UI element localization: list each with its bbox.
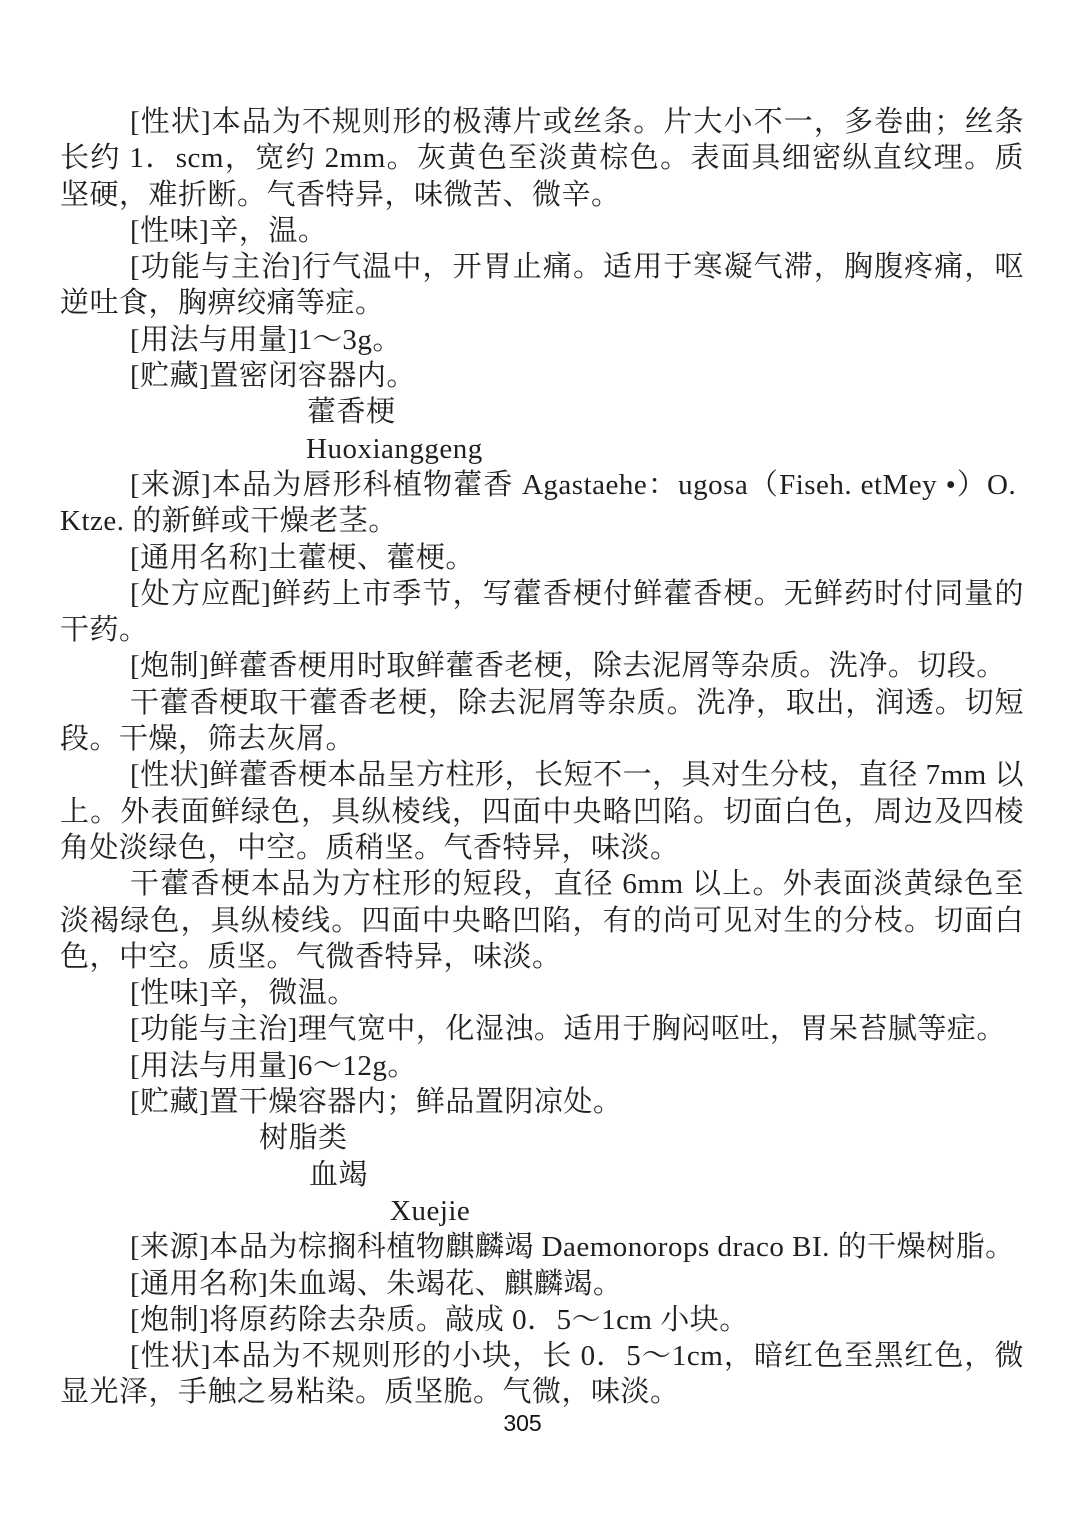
- page-number: 305: [0, 1410, 1066, 1437]
- category-title-shuzhilei: 树脂类: [60, 1120, 1024, 1156]
- page-body: [性状]本品为不规则形的极薄片或丝条。片大小不一，多卷曲；丝条长约 1．scm，…: [60, 104, 1024, 1411]
- field-laiyuan: [来源]本品为棕搁科植物麒麟竭 Daemonorops draco BI. 的干…: [60, 1229, 1024, 1265]
- field-gongneng-zhuzhi: [功能与主治]理气宽中，化湿浊。适用于胸闷呕吐，胃呆苔腻等症。: [60, 1011, 1024, 1047]
- field-laiyuan: [来源]本品为唇形科植物藿香 Agastaehe：ugosa（Fiseh. et…: [60, 467, 1024, 540]
- field-paozhi-continued: 干藿香梗取干藿香老梗，除去泥屑等杂质。洗净，取出，润透。切短段。干燥，筛去灰屑。: [60, 685, 1024, 758]
- field-xingzhuang: [性状]本品为不规则形的小块，长 0．5～1cm，暗红色至黑红色，微显光泽，手触…: [60, 1338, 1024, 1411]
- field-xingwei: [性味]辛，温。: [60, 213, 1024, 249]
- field-zhucang: [贮藏]置干燥容器内；鲜品置阴凉处。: [60, 1084, 1024, 1120]
- field-yongfa-yongliang: [用法与用量]1～3g。: [60, 322, 1024, 358]
- herb-title-huoxianggeng: 藿香梗: [60, 394, 1024, 430]
- field-xingzhuang: [性状]本品为不规则形的极薄片或丝条。片大小不一，多卷曲；丝条长约 1．scm，…: [60, 104, 1024, 213]
- field-yongfa-yongliang: [用法与用量]6～12g。: [60, 1048, 1024, 1084]
- field-zhucang: [贮藏]置密闭容器内。: [60, 358, 1024, 394]
- field-xingwei: [性味]辛，微温。: [60, 975, 1024, 1011]
- field-tongyong-mingcheng: [通用名称]朱血竭、朱竭花、麒麟竭。: [60, 1266, 1024, 1302]
- field-tongyong-mingcheng: [通用名称]土藿梗、藿梗。: [60, 540, 1024, 576]
- herb-pinyin-huoxianggeng: Huoxianggeng: [60, 431, 1024, 467]
- field-gongneng-zhuzhi: [功能与主治]行气温中，开胃止痛。适用于寒凝气滞，胸腹疼痛，呕逆吐食，胸痹绞痛等…: [60, 249, 1024, 322]
- field-xingzhuang-continued: 干藿香梗本品为方柱形的短段，直径 6mm 以上。外表面淡黄绿色至淡褐绿色，具纵棱…: [60, 866, 1024, 975]
- herb-pinyin-xuejie: Xuejie: [60, 1193, 1024, 1229]
- field-paozhi: [炮制]鲜藿香梗用时取鲜藿香老梗，除去泥屑等杂质。洗净。切段。: [60, 648, 1024, 684]
- field-chufang-yingpei: [处方应配]鲜药上市季节，写藿香梗付鲜藿香梗。无鲜药时付同量的干药。: [60, 576, 1024, 649]
- herb-title-xuejie: 血竭: [60, 1157, 1024, 1193]
- field-xingzhuang: [性状]鲜藿香梗本品呈方柱形，长短不一，具对生分枝，直径 7mm 以上。外表面鲜…: [60, 757, 1024, 866]
- document-page: [性状]本品为不规则形的极薄片或丝条。片大小不一，多卷曲；丝条长约 1．scm，…: [0, 0, 1087, 1536]
- field-paozhi: [炮制]将原药除去杂质。敲成 0．5～1cm 小块。: [60, 1302, 1024, 1338]
